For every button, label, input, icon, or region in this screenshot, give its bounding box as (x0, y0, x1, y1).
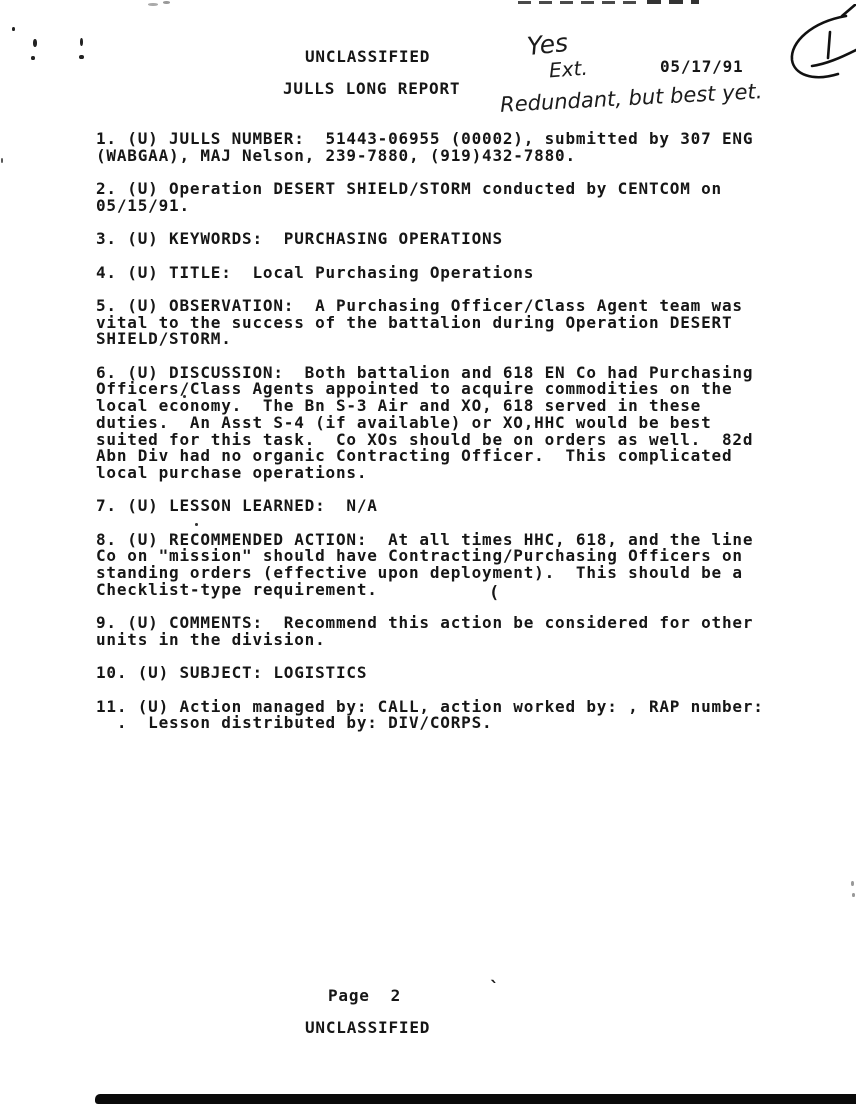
report-item-2: 2. (U) Operation DESERT SHIELD/STORM con… (96, 181, 796, 214)
report-item-6: 6. (U) DISCUSSION: Both battalion and 61… (96, 365, 796, 482)
report-item-9: 9. (U) COMMENTS: Recommend this action b… (96, 615, 796, 648)
ink-speckle (851, 881, 854, 886)
ink-speckle (1, 158, 3, 163)
handwritten-ext-note: Ext. (548, 56, 588, 83)
ink-speckle (148, 3, 158, 6)
scan-artifact-bottom-bar (95, 1094, 856, 1104)
report-body: 1. (U) JULLS NUMBER: 51443-06955 (00002)… (96, 131, 796, 749)
report-item-8: 8. (U) RECOMMENDED ACTION: At all times … (96, 532, 796, 599)
footer-classification: UNCLASSIFIED (305, 1020, 430, 1037)
scan-artifact-dashed-line-right (647, 0, 699, 4)
report-item-5: 5. (U) OBSERVATION: A Purchasing Officer… (96, 298, 796, 348)
ink-speckle (31, 56, 35, 60)
stray-paren-mark: ( (489, 585, 500, 602)
report-item-11: 11. (U) Action managed by: CALL, action … (96, 699, 796, 732)
report-item-10: 10. (U) SUBJECT: LOGISTICS (96, 665, 796, 682)
circled-one-mark (782, 4, 856, 86)
ink-speckle (852, 893, 855, 897)
header-classification: UNCLASSIFIED (305, 49, 430, 66)
report-item-7: 7. (U) LESSON LEARNED: N/A (96, 498, 796, 515)
report-item-4: 4. (U) TITLE: Local Purchasing Operation… (96, 265, 796, 282)
handwritten-comment-note: Redundant, but best yet. (500, 79, 763, 117)
ink-speckle (12, 27, 15, 31)
report-title: JULLS LONG REPORT (283, 81, 460, 98)
handwritten-yes-note: Yes (526, 28, 570, 61)
report-item-1: 1. (U) JULLS NUMBER: 51443-06955 (00002)… (96, 131, 796, 164)
scan-artifact-dashed-line-left (518, 1, 642, 4)
footer-tick-mark: ` (489, 981, 501, 998)
report-item-3: 3. (U) KEYWORDS: PURCHASING OPERATIONS (96, 231, 796, 248)
date-stamp: 05/17/91 (660, 59, 743, 76)
scanned-document-page: UNCLASSIFIED JULLS LONG REPORT 05/17/91 … (0, 0, 856, 1104)
ink-speckle (163, 1, 170, 4)
ink-speckle (80, 38, 83, 46)
ink-speckle (79, 55, 84, 59)
ink-speckle (33, 39, 37, 47)
footer-page-number: Page 2 (328, 988, 401, 1005)
